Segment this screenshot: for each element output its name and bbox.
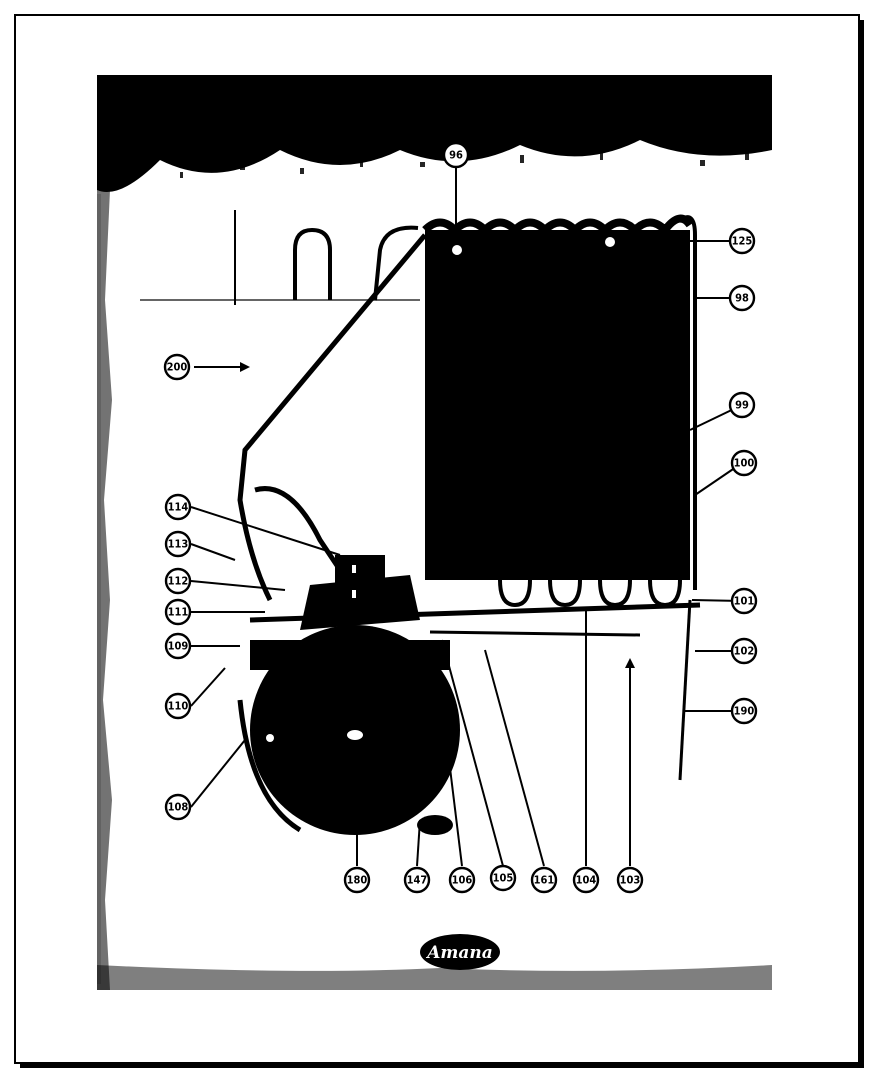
callout-106[interactable]: 106 — [450, 868, 474, 892]
callout-180[interactable]: 180 — [345, 868, 369, 892]
callout-105[interactable]: 105 — [491, 866, 515, 890]
callout-99[interactable]: 99 — [730, 393, 754, 417]
callout-190[interactable]: 190 — [732, 699, 756, 723]
callout-104[interactable]: 104 — [574, 868, 598, 892]
svg-text:99: 99 — [735, 399, 749, 412]
callout-200[interactable]: 200 — [165, 355, 189, 379]
callout-98[interactable]: 98 — [730, 286, 754, 310]
callout-113[interactable]: 113 — [166, 532, 190, 556]
callout-109[interactable]: 109 — [166, 634, 190, 658]
svg-text:190: 190 — [734, 705, 755, 718]
callout-103[interactable]: 103 — [618, 868, 642, 892]
callout-114[interactable]: 114 — [166, 495, 190, 519]
svg-text:100: 100 — [734, 457, 755, 470]
callout-161[interactable]: 161 — [532, 868, 556, 892]
callout-111[interactable]: 111 — [166, 600, 190, 624]
svg-text:104: 104 — [576, 874, 597, 887]
callout-125[interactable]: 125 — [730, 229, 754, 253]
svg-text:98: 98 — [735, 292, 749, 305]
callout-108[interactable]: 108 — [166, 795, 190, 819]
svg-text:161: 161 — [534, 874, 555, 887]
svg-text:96: 96 — [449, 149, 463, 162]
svg-text:111: 111 — [168, 606, 189, 619]
svg-text:114: 114 — [168, 501, 189, 514]
svg-text:109: 109 — [168, 640, 189, 653]
svg-text:110: 110 — [168, 700, 189, 713]
svg-text:105: 105 — [493, 872, 514, 885]
callout-96[interactable]: 96 — [444, 143, 468, 167]
brand-logo: Amana — [420, 934, 500, 970]
svg-text:102: 102 — [734, 645, 755, 658]
callout-102[interactable]: 102 — [732, 639, 756, 663]
condenser-coil — [425, 217, 695, 605]
callout-101[interactable]: 101 — [732, 589, 756, 613]
parts-diagram: 96 125 98 99 100 101 102 190 200 114 113… — [0, 0, 880, 1077]
svg-text:101: 101 — [734, 595, 755, 608]
svg-text:200: 200 — [167, 361, 188, 374]
callout-112[interactable]: 112 — [166, 569, 190, 593]
svg-text:106: 106 — [452, 874, 473, 887]
svg-text:112: 112 — [168, 575, 189, 588]
callout-147[interactable]: 147 — [405, 868, 429, 892]
svg-text:125: 125 — [732, 235, 753, 248]
callout-110[interactable]: 110 — [166, 694, 190, 718]
svg-text:Amana: Amana — [425, 943, 493, 963]
callout-100[interactable]: 100 — [732, 451, 756, 475]
svg-text:103: 103 — [620, 874, 641, 887]
svg-text:113: 113 — [168, 538, 189, 551]
svg-text:108: 108 — [168, 801, 189, 814]
svg-text:180: 180 — [347, 874, 368, 887]
svg-text:147: 147 — [407, 874, 428, 887]
